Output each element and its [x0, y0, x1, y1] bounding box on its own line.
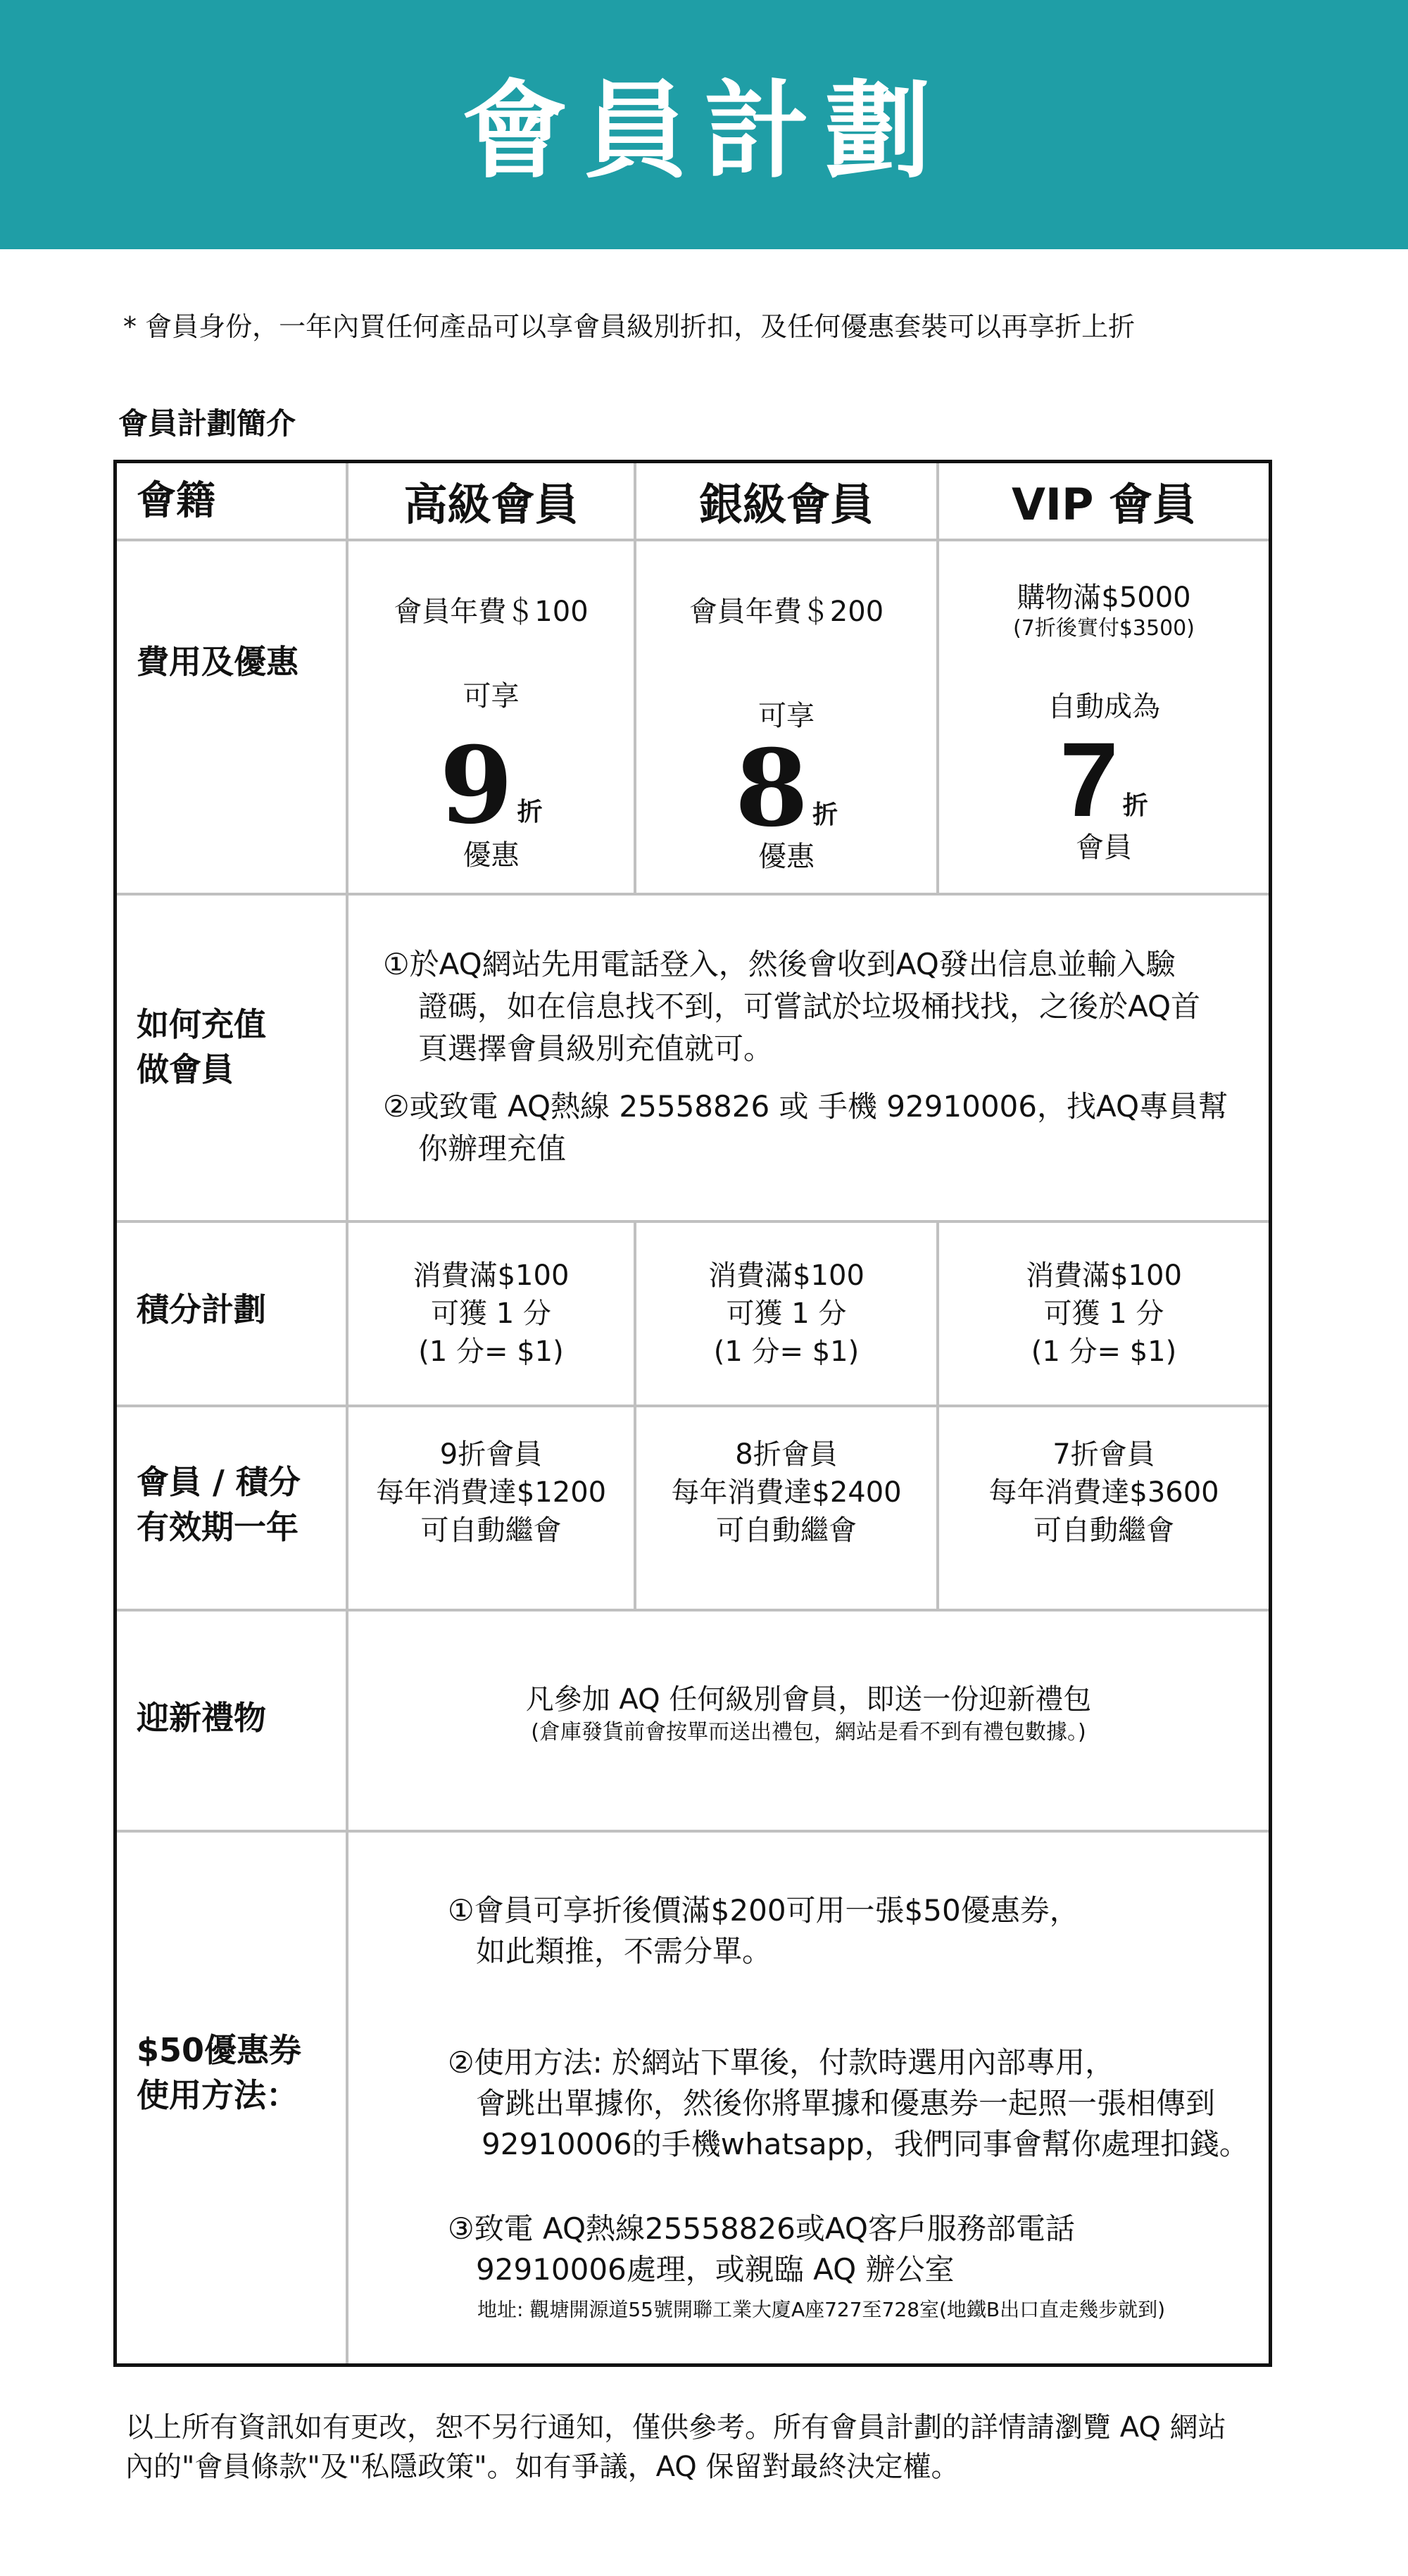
header-banner: 會員計劃 — [0, 0, 1408, 249]
row-label-points: 積分計劃 — [137, 1287, 266, 1332]
coupon-instructions: ①會員可享折後價滿$200可用一張$50優惠券， 如此類推，不需分單。 ②使用方… — [448, 1890, 1249, 2324]
membership-table: 會籍 高級會員 銀級會員 VIP 會員 費用及優惠 會員年費＄100 可享 9 … — [113, 460, 1272, 2367]
row-label-topup: 如何充值 做會員 — [137, 1002, 266, 1092]
discount-number: 9 — [439, 736, 513, 835]
points-cell-premium: 消費滿$100 可獲 1 分 (1 分= $1) — [348, 1223, 634, 1405]
prefix-text: 可享 — [463, 677, 520, 715]
row-label-coupon: $50優惠券 使用方法： — [137, 2028, 301, 2118]
fee-subtext: (7折後實付$3500) — [1013, 615, 1195, 643]
topup-instructions: ①於AQ網站先用電話登入，然後會收到AQ發出信息並輸入驗 證碼，如在信息找不到，… — [383, 943, 1228, 1170]
fees-cell-premium: 會員年費＄100 可享 9 折 優惠 — [348, 541, 634, 893]
discount-figure: 8 折 — [735, 739, 838, 838]
corner-header: 會籍 — [137, 476, 215, 527]
membership-note: * 會員身份，一年內買任何產品可以享會員級別折扣，及任何優惠套裝可以再享折上折 — [123, 308, 1135, 345]
page-title: 會員計劃 — [0, 65, 1408, 199]
discount-unit: 折 — [812, 795, 838, 831]
points-cell-vip: 消費滿$100 可獲 1 分 (1 分= $1) — [939, 1223, 1269, 1405]
suffix-text: 優惠 — [758, 838, 815, 876]
row-label-fees: 費用及優惠 — [137, 639, 298, 684]
discount-figure: 7 折 — [1060, 730, 1148, 829]
column-header-silver: 銀級會員 — [636, 463, 936, 539]
office-address: 地址: 觀塘開源道55號開聯工業大廈A座727至728室(地鐵B出口直走幾步就到… — [448, 2296, 1249, 2324]
validity-cell-vip: 7折會員 每年消費達$3600 可自動繼會 — [939, 1407, 1269, 1609]
section-title: 會員計劃簡介 — [118, 404, 296, 444]
gift-cell: 凡參加 AQ 任何級別會員，即送一份迎新禮包 (倉庫發貨前會按單而送出禮包，網站… — [348, 1611, 1269, 1830]
fee-text: 會員年費＄200 — [689, 593, 884, 631]
row-divider — [117, 1830, 1269, 1833]
row-divider — [117, 893, 1269, 896]
column-header-vip: VIP 會員 — [939, 463, 1269, 539]
fee-text: 會員年費＄100 — [394, 593, 588, 631]
fees-cell-vip: 購物滿$5000 (7折後實付$3500) 自動成為 7 折 會員 — [939, 541, 1269, 893]
validity-cell-premium: 9折會員 每年消費達$1200 可自動繼會 — [348, 1407, 634, 1609]
fees-cell-silver: 會員年費＄200 可享 8 折 優惠 — [636, 541, 936, 893]
suffix-text: 優惠 — [463, 836, 520, 874]
suffix-text: 會員 — [1076, 829, 1132, 867]
gift-note: (倉庫發貨前會按單而送出禮包，網站是看不到有禮包數據。) — [531, 1719, 1086, 1747]
discount-number: 7 — [1060, 730, 1118, 829]
row-label-validity: 會員 / 積分 有效期一年 — [137, 1459, 301, 1550]
discount-unit: 折 — [1123, 786, 1148, 822]
discount-number: 8 — [735, 739, 808, 838]
fee-text: 購物滿$5000 — [1017, 581, 1190, 615]
discount-figure: 9 折 — [439, 736, 542, 835]
discount-unit: 折 — [517, 792, 543, 828]
column-header-premium: 高級會員 — [348, 463, 634, 539]
gift-text: 凡參加 AQ 任何級別會員，即送一份迎新禮包 — [526, 1680, 1092, 1719]
points-cell-silver: 消費滿$100 可獲 1 分 (1 分= $1) — [636, 1223, 936, 1405]
disclaimer: 以上所有資訊如有更改，恕不另行通知，僅供參考。所有會員計劃的詳情請瀏覽 AQ 網… — [125, 2408, 1226, 2487]
row-label-gift: 迎新禮物 — [137, 1695, 266, 1740]
validity-cell-silver: 8折會員 每年消費達$2400 可自動繼會 — [636, 1407, 936, 1609]
